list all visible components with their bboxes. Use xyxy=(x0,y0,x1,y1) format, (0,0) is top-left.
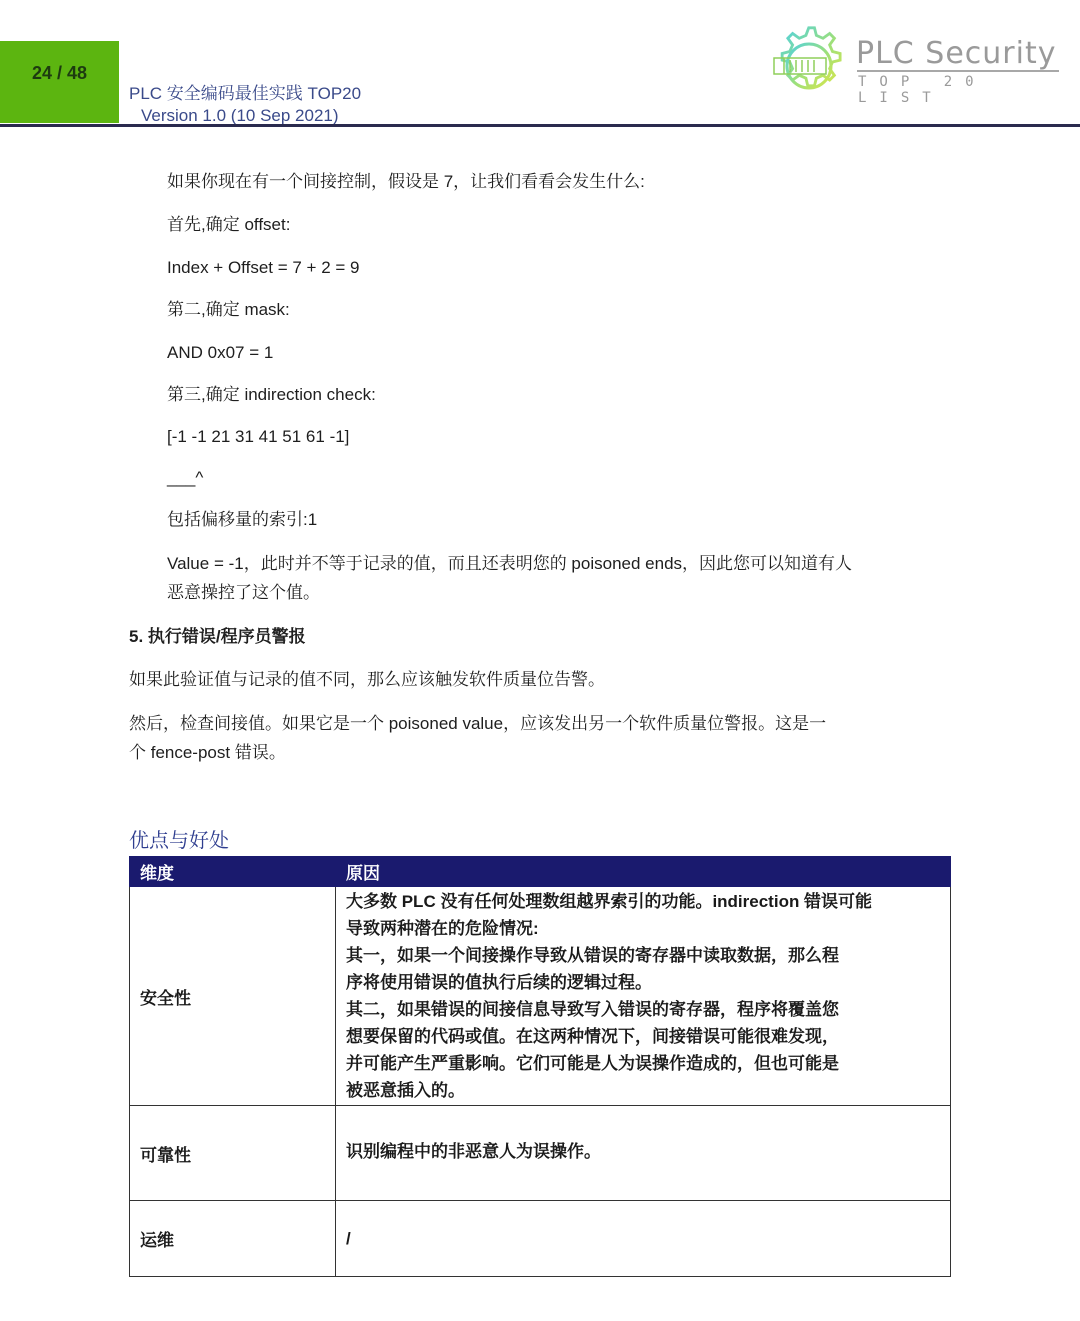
benefits-table: 维度 原因 安全性 大多数 PLC 没有任何处理数组越界索引的功能。indire… xyxy=(129,856,951,1277)
section-5-paragraph-2-line2: 个 fence-post 错误。 xyxy=(129,738,286,767)
table-row: 可靠性 识别编程中的非恶意人为误操作。 xyxy=(130,1106,951,1201)
gear-circuit-logo-icon xyxy=(764,22,854,108)
reason-line: 其二，如果错误的间接信息导致写入错误的寄存器，程序将覆盖您 xyxy=(346,996,940,1023)
paragraph-index: 包括偏移量的索引:1 xyxy=(167,505,317,534)
reason-line: 导致两种潜在的危险情况: xyxy=(346,915,940,942)
paragraph-value-line2: 恶意操控了这个值。 xyxy=(167,578,320,607)
section-5-paragraph-1: 如果此验证值与记录的值不同，那么应该触发软件质量位告警。 xyxy=(129,665,605,694)
section-5-heading: 5. 执行错误/程序员警报 xyxy=(129,622,306,651)
reason-line: 大多数 PLC 没有任何处理数组越界索引的功能。indirection 错误可能 xyxy=(346,888,940,915)
logo-title: PLC Security xyxy=(856,36,1056,71)
reason-line: / xyxy=(346,1225,940,1252)
paragraph-mask-calc: AND 0x07 = 1 xyxy=(167,338,273,367)
benefits-title: 优点与好处 xyxy=(129,824,229,853)
paragraph-offset-calc: Index + Offset = 7 + 2 = 9 xyxy=(167,253,360,282)
paragraph-step3: 第三,确定 indirection check: xyxy=(167,380,376,409)
reason-line: 序将使用错误的值执行后续的逻辑过程。 xyxy=(346,969,940,996)
header-divider xyxy=(0,124,1080,127)
table-header-row: 维度 原因 xyxy=(130,857,951,887)
column-header-reason: 原因 xyxy=(336,857,951,887)
dimension-cell: 可靠性 xyxy=(130,1106,336,1201)
reason-cell: 识别编程中的非恶意人为误操作。 xyxy=(336,1106,951,1201)
dimension-cell: 运维 xyxy=(130,1201,336,1277)
paragraph-intro: 如果你现在有一个间接控制，假设是 7，让我们看看会发生什么: xyxy=(167,167,645,196)
reason-cell: / xyxy=(336,1201,951,1277)
page-indicator: 24 / 48 xyxy=(32,63,87,84)
logo-divider xyxy=(857,70,1059,72)
table-row: 安全性 大多数 PLC 没有任何处理数组越界索引的功能。indirection … xyxy=(130,887,951,1106)
document-version: Version 1.0 (10 Sep 2021) xyxy=(141,106,339,126)
paragraph-pointer: ___^ xyxy=(167,463,203,492)
table-row: 运维 / xyxy=(130,1201,951,1277)
paragraph-array: [-1 -1 21 31 41 51 61 -1] xyxy=(167,422,349,451)
document-title: PLC 安全编码最佳实践 TOP20 xyxy=(129,79,361,104)
section-5-paragraph-2-line1: 然后，检查间接值。如果它是一个 poisoned value，应该发出另一个软件… xyxy=(129,709,826,738)
reason-cell: 大多数 PLC 没有任何处理数组越界索引的功能。indirection 错误可能… xyxy=(336,887,951,1106)
reason-line: 其一，如果一个间接操作导致从错误的寄存器中读取数据，那么程 xyxy=(346,942,940,969)
paragraph-step2: 第二,确定 mask: xyxy=(167,295,290,324)
reason-line: 识别编程中的非恶意人为误操作。 xyxy=(346,1138,940,1165)
reason-line: 被恶意插入的。 xyxy=(346,1077,940,1104)
dimension-cell: 安全性 xyxy=(130,887,336,1106)
reason-line: 并可能产生严重影响。它们可能是人为误操作造成的，但也可能是 xyxy=(346,1050,940,1077)
column-header-dimension: 维度 xyxy=(130,857,336,887)
reason-line: 想要保留的代码或值。在这两种情况下，间接错误可能很难发现， xyxy=(346,1023,940,1050)
paragraph-step1: 首先,确定 offset: xyxy=(167,210,290,239)
logo-subtitle: TOP 20 LIST xyxy=(858,74,1080,106)
paragraph-value-line1: Value = -1，此时并不等于记录的值，而且还表明您的 poisoned e… xyxy=(167,549,852,578)
page-indicator-badge: 24 / 48 xyxy=(0,41,119,123)
